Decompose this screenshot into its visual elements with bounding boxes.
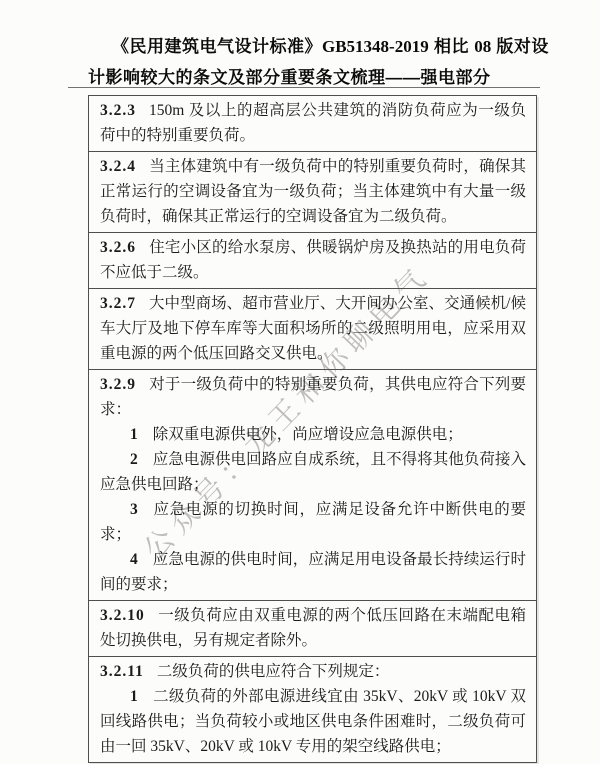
clause-number: 3.2.11 [100, 663, 144, 680]
clause-paragraph: 3.2.9对于一级负荷中的特别重要负荷，其供电应符合下列要求： [100, 372, 526, 422]
document-title: 《民用建筑电气设计标准》GB51348-2019 相比 08 版对设 计影响较大… [88, 31, 540, 93]
clause-text: 应急电源供电回路应自成系统，且不得将其他负荷接入应急供电回路； [100, 451, 526, 493]
clause-text: 应急电源的切换时间，应满足设备允许中断供电的要求； [100, 501, 526, 543]
table-row: 3.2.10一级负荷应由双重电源的两个低压回路在末端配电箱处切换供电，另有规定者… [89, 601, 536, 657]
clause-number: 3.2.6 [100, 239, 136, 256]
clause-text: 二级负荷的供电应符合下列规定： [157, 663, 390, 680]
clause-number: 3.2.10 [100, 607, 145, 624]
clause-paragraph: 3.2.3150m 及以上的超高层公共建筑的消防负荷应为一级负荷中的特别重要负荷… [100, 98, 526, 148]
table-row: 3.2.7大中型商场、超市营业厅、大开间办公室、交通候机/候车大厅及地下停车库等… [89, 289, 536, 370]
clause-number: 2 [130, 451, 138, 468]
clause-number: 3 [130, 501, 138, 518]
clause-paragraph: 3.2.6住宅小区的给水泵房、供暖锅炉房及换热站的用电负荷不应低于二级。 [100, 235, 526, 285]
clause-paragraph: 3.2.11二级负荷的供电应符合下列规定： [100, 659, 526, 684]
title-compare-word: 相比 [429, 37, 474, 56]
clause-number: 3.2.9 [100, 376, 136, 393]
clause-text: 对于一级负荷中的特别重要负荷，其供电应符合下列要求： [100, 376, 526, 418]
title-divider-rule [68, 87, 540, 88]
title-book-name: 《民用建筑电气设计标准》 [112, 37, 322, 56]
clause-number: 4 [130, 551, 138, 568]
page: 《民用建筑电气设计标准》GB51348-2019 相比 08 版对设 计影响较大… [0, 0, 600, 764]
title-line-2: 计影响较大的条文及部分重要条文梳理——强电部分 [88, 62, 540, 93]
clause-text: 150m 及以上的超高层公共建筑的消防负荷应为一级负荷中的特别重要负荷。 [100, 102, 526, 144]
clause-text: 大中型商场、超市营业厅、大开间办公室、交通候机/候车大厅及地下停车库等大面积场所… [100, 295, 526, 362]
title-line-1-tail: 版对设 [491, 37, 549, 56]
table-row: 3.2.9对于一级负荷中的特别重要负荷，其供电应符合下列要求：1除双重电源供电外… [89, 370, 536, 601]
clause-number: 3.2.4 [100, 158, 136, 175]
clause-text: 当主体建筑中有一级负荷中的特别重要负荷时，确保其正常运行的空调设备宜为一级负荷；… [100, 158, 526, 225]
sub-clause-paragraph: 3应急电源的切换时间，应满足设备允许中断供电的要求； [100, 497, 526, 547]
table-row: 3.2.11二级负荷的供电应符合下列规定：1二级负荷的外部电源进线宜由 35kV… [89, 657, 536, 762]
sub-clause-paragraph: 1二级负荷的外部电源进线宜由 35kV、20kV 或 10kV 双回线路供电；当… [100, 684, 526, 759]
clause-number: 3.2.7 [100, 295, 136, 312]
sub-clause-paragraph: 2应急电源供电回路应自成系统，且不得将其他负荷接入应急供电回路； [100, 447, 526, 497]
clause-text: 住宅小区的给水泵房、供暖锅炉房及换热站的用电负荷不应低于二级。 [100, 239, 526, 281]
clause-number: 3.2.3 [100, 102, 136, 119]
title-line-1: 《民用建筑电气设计标准》GB51348-2019 相比 08 版对设 [88, 31, 540, 62]
sub-clause-paragraph: 4应急电源的供电时间，应满足用电设备最长持续运行时间的要求； [100, 547, 526, 597]
table-row: 3.2.6住宅小区的给水泵房、供暖锅炉房及换热站的用电负荷不应低于二级。 [89, 233, 536, 289]
clause-paragraph: 3.2.7大中型商场、超市营业厅、大开间办公室、交通候机/候车大厅及地下停车库等… [100, 291, 526, 366]
clause-text: 应急电源的供电时间，应满足用电设备最长持续运行时间的要求； [100, 551, 526, 593]
table-row: 3.2.3150m 及以上的超高层公共建筑的消防负荷应为一级负荷中的特别重要负荷… [89, 96, 536, 152]
title-standard-code: GB51348-2019 [322, 37, 429, 56]
title-old-version-number: 08 [474, 37, 491, 56]
clause-paragraph: 3.2.10一级负荷应由双重电源的两个低压回路在末端配电箱处切换供电，另有规定者… [100, 603, 526, 653]
clause-number: 1 [130, 688, 138, 705]
clause-number: 1 [130, 426, 138, 443]
clause-text: 一级负荷应由双重电源的两个低压回路在末端配电箱处切换供电，另有规定者除外。 [100, 607, 526, 649]
clause-paragraph: 3.2.4当主体建筑中有一级负荷中的特别重要负荷时，确保其正常运行的空调设备宜为… [100, 154, 526, 229]
content-table: 3.2.3150m 及以上的超高层公共建筑的消防负荷应为一级负荷中的特别重要负荷… [88, 95, 537, 763]
table-row: 3.2.4当主体建筑中有一级负荷中的特别重要负荷时，确保其正常运行的空调设备宜为… [89, 152, 536, 233]
sub-clause-paragraph: 1除双重电源供电外，尚应增设应急电源供电； [100, 422, 526, 447]
clause-text: 除双重电源供电外，尚应增设应急电源供电； [153, 426, 463, 443]
clause-text: 二级负荷的外部电源进线宜由 35kV、20kV 或 10kV 双回线路供电；当负… [100, 688, 526, 755]
